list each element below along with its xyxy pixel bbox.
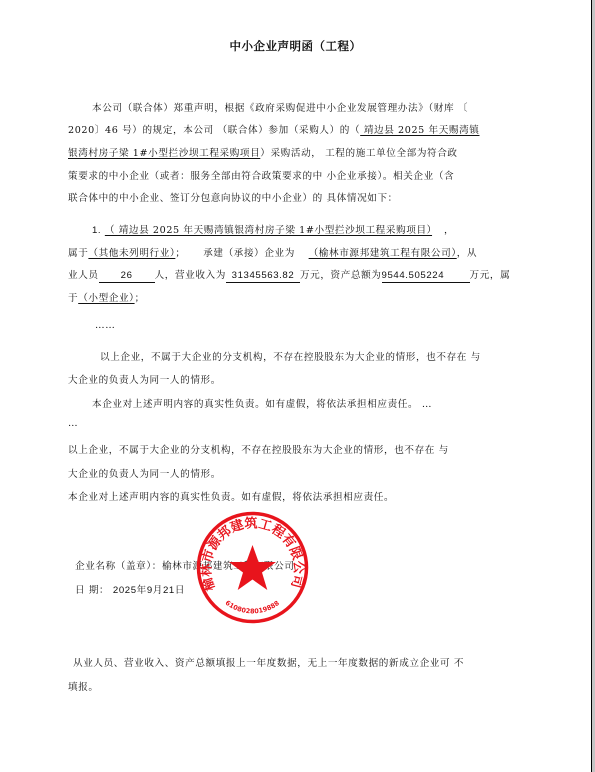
date-label: 日 期： (75, 585, 109, 596)
contractor-label: 承建（承接）企业为 (203, 248, 295, 259)
item1-line-1: 1. （ 靖边县 2025 年天赐湾镇银湾村房子梁 1#小型拦沙坝工程采购项目）… (92, 222, 454, 236)
intro-text: 2020〕46 号）的规定，本公司 （联合体）参加（采购人）的（ (68, 125, 360, 136)
intro-text: ）采购活动， 工程的施工单位全部为符合政 (260, 148, 457, 159)
label: 属于 (68, 248, 88, 259)
revenue-value: 31345563.82 (226, 269, 300, 283)
company-seal-stamp: 榆林市源邦建筑工程有限公司 6108028019888 (195, 510, 310, 625)
statement-3a: 以上企业，不属于大企业的分支机构，不存在控股股东为大企业的情形，也不存在 与 (68, 442, 449, 456)
item1-line-2: 属于（其他未列明行业）； 承建（承接）企业为 （榆林市源邦建筑工程有限公司），从 (68, 245, 477, 259)
assets-label: 万元，资产总额为 (300, 270, 382, 281)
industry-value: （其他未列明行业） (88, 248, 175, 259)
assets-value: 9544.505224 (382, 269, 470, 283)
item-number: 1. (92, 225, 101, 236)
intro-line-1: 本公司（联合体）郑重声明，根据《政府采购促进中小企业发展管理办法》（财库 〔 (92, 100, 468, 114)
size-value: （小型企业） (78, 293, 134, 304)
label: 于 (68, 293, 78, 304)
company-label: 企业名称（盖章）： (75, 561, 162, 572)
intro-line-5: 联合体中的中小企业、签订分包意向协议的中小企业）的 具体情况如下： (68, 190, 398, 204)
statement-1a: 以上企业，不属于大企业的分支机构，不存在控股股东为大企业的情形，也不存在 与 (100, 349, 481, 363)
intro-line-2: 2020〕46 号）的规定，本公司 （联合体）参加（采购人）的（ 靖边县 202… (68, 122, 480, 136)
footnote-line-2: 填报。 (68, 679, 99, 693)
item-project: （ 靖边县 2025 年天赐湾镇银湾村房子梁 1#小型拦沙坝工程采购项目） (105, 225, 444, 236)
item1-line-3: 业人员26人，营业收入为31345563.82万元，资产总额为9544.5052… (68, 267, 510, 283)
project-name-part1: 靖边县 2025 年天赐湾镇 (360, 125, 479, 136)
employees-value: 26 (99, 269, 155, 283)
date-line: 日 期： 2025年9月21日 (75, 582, 185, 596)
project-name-part2: 银湾村房子梁 1#小型拦沙坝工程采购项目 (68, 148, 260, 159)
statement-3b: 大企业的负责人为同一人的情形。 (68, 466, 221, 480)
punct: ； (175, 248, 185, 259)
intro-line-3: 银湾村房子梁 1#小型拦沙坝工程采购项目）采购活动， 工程的施工单位全部为符合政 (68, 145, 458, 159)
item1-line-4: 于（小型企业）； (68, 290, 145, 304)
employees-label: 业人员 (68, 270, 99, 281)
punct: ， (444, 225, 454, 236)
ellipsis: … (68, 418, 78, 429)
statement-1b: 大企业的负责人为同一人的情形。 (68, 372, 221, 386)
intro-line-4: 策要求的中小企业（或者：服务全部由符合政策要求的中 小企业承接）。相关企业（含 (68, 168, 454, 182)
ellipsis: …… (95, 320, 115, 331)
date-value: 2025年9月21日 (113, 585, 185, 596)
statement-4: 本企业对上述声明内容的真实性负责。如有虚假，将依法承担相应责任。 (68, 489, 394, 503)
punct: ； (135, 293, 145, 304)
label: ，从 (457, 248, 477, 259)
assets-unit: 万元，属 (470, 270, 511, 281)
star-icon (229, 545, 276, 590)
contractor-value: （榆林市源邦建筑工程有限公司） (299, 248, 457, 259)
document-title: 中小企业声明函（工程） (0, 38, 591, 54)
revenue-label: 人，营业收入为 (155, 270, 226, 281)
statement-2: 本企业对上述声明内容的真实性负责。如有虚假，将依法承担相应责任。 … (92, 396, 432, 410)
seal-code: 6108028019888 (224, 599, 282, 616)
footnote-line-1: 从业人员、营业收入、资产总额填报上一年度数据，无上一年度数据的新成立企业可 不 (73, 655, 464, 669)
